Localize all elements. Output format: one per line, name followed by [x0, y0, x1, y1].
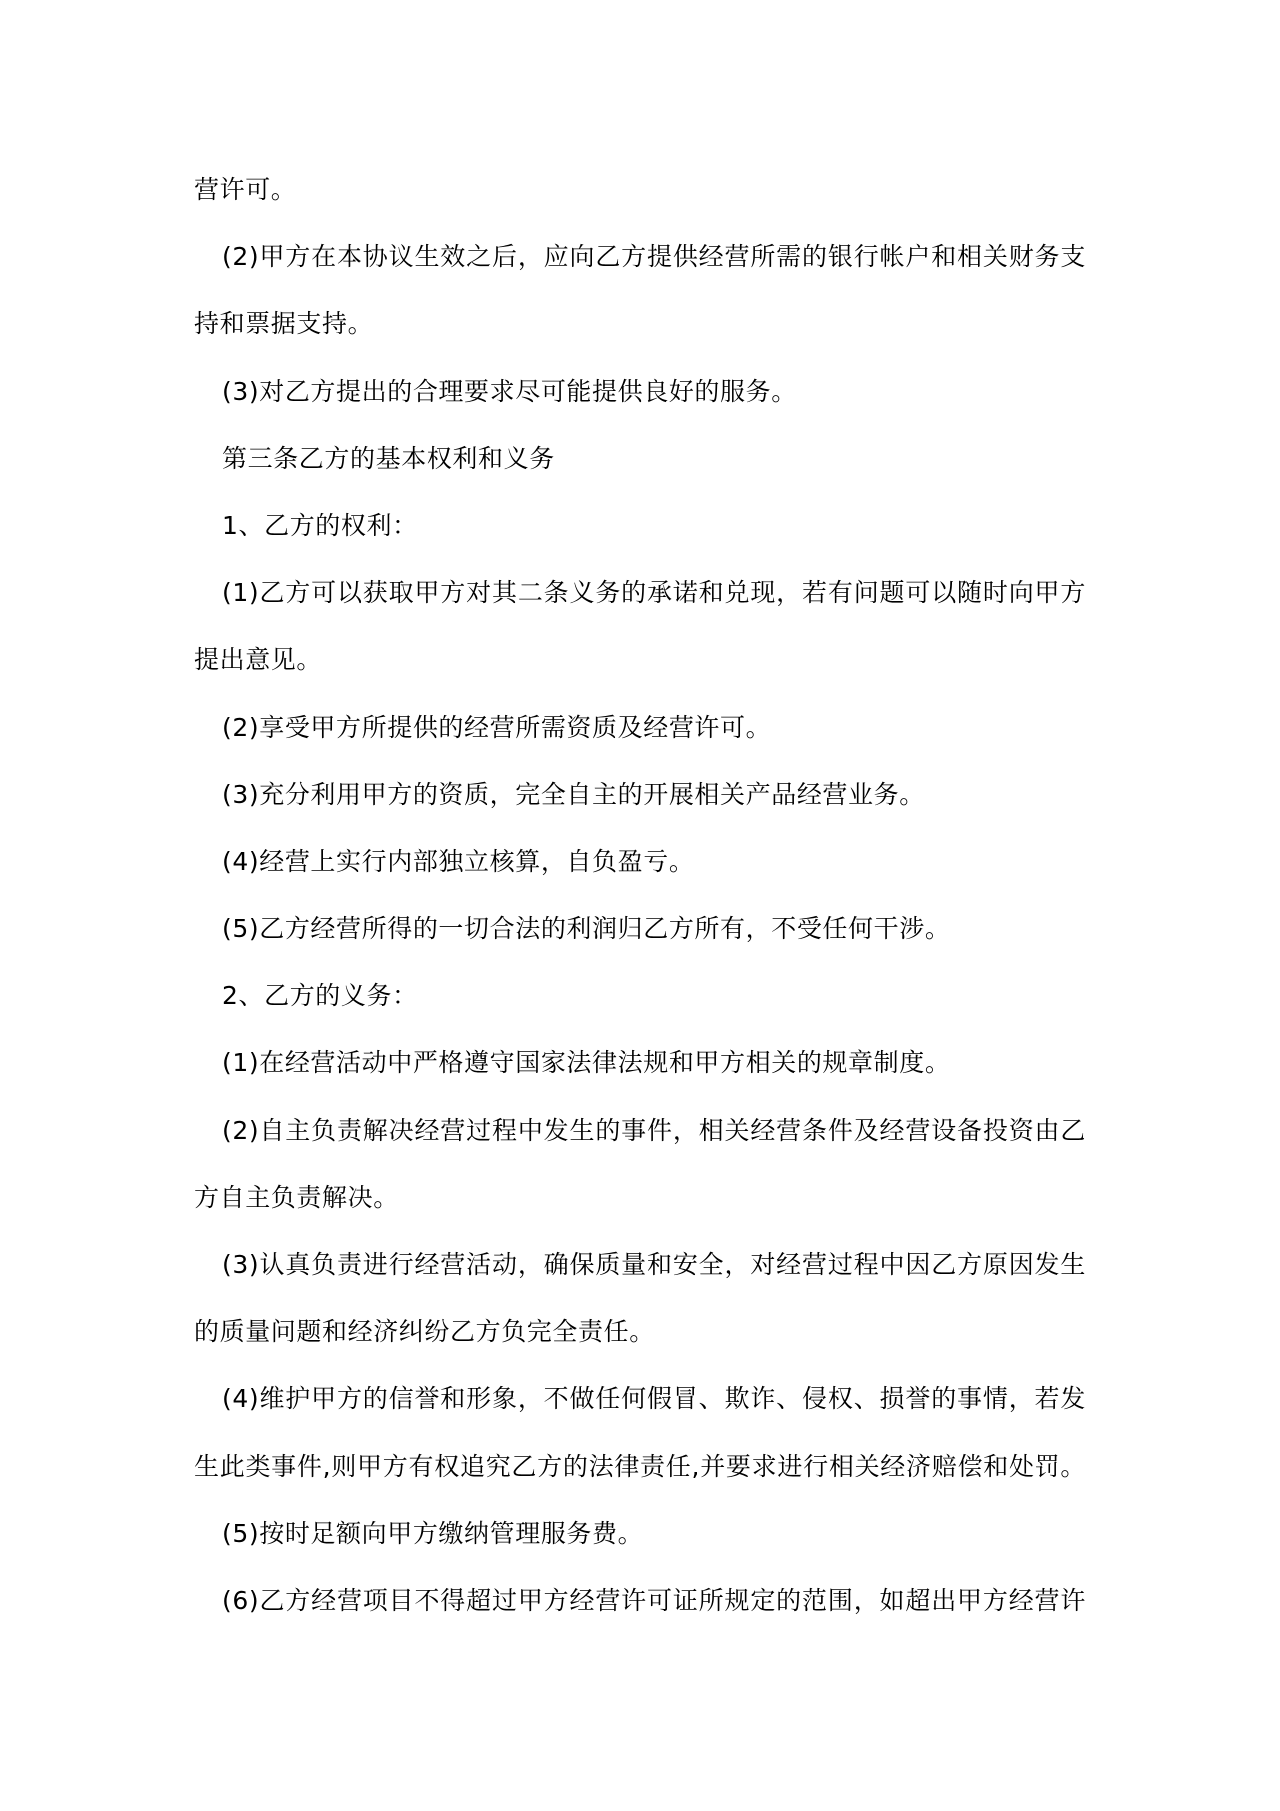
text-line-continuation: 提出意见。 [194, 626, 1086, 693]
text-line-right-2: (2)享受甲方所提供的经营所需资质及经营许可。 [194, 694, 1086, 761]
text-line-continuation: 的质量问题和经济纠纷乙方负完全责任。 [194, 1298, 1086, 1365]
text-line-obligation-6: (6)乙方经营项目不得超过甲方经营许可证所规定的范围，如超出甲方经营许 [194, 1567, 1086, 1634]
text-line-obligation-5: (5)按时足额向甲方缴纳管理服务费。 [194, 1500, 1086, 1567]
text-line-right-1: (1)乙方可以获取甲方对其二条义务的承诺和兑现，若有问题可以随时向甲方 [194, 559, 1086, 626]
text-line-right-4: (4)经营上实行内部独立核算，自负盈亏。 [194, 828, 1086, 895]
subheading-party-b-obligations: 2、乙方的义务： [194, 962, 1086, 1029]
text-line-obligation-1: (1)在经营活动中严格遵守国家法律法规和甲方相关的规章制度。 [194, 1029, 1086, 1096]
document-page: 营许可。 (2)甲方在本协议生效之后，应向乙方提供经营所需的银行帐户和相关财务支… [0, 0, 1280, 1811]
text-line-continuation: 方自主负责解决。 [194, 1164, 1086, 1231]
text-line-continuation: 营许可。 [194, 156, 1086, 223]
text-line-continuation: 生此类事件,则甲方有权追究乙方的法律责任,并要求进行相关经济赔偿和处罚。 [194, 1433, 1086, 1500]
text-line-obligation-3: (3)认真负责进行经营活动，确保质量和安全，对经营过程中因乙方原因发生 [194, 1231, 1086, 1298]
text-line-continuation: 持和票据支持。 [194, 290, 1086, 357]
text-line-right-3: (3)充分利用甲方的资质，完全自主的开展相关产品经营业务。 [194, 761, 1086, 828]
section-heading-article-3: 第三条乙方的基本权利和义务 [194, 425, 1086, 492]
text-line-party-a-obligation-3: (3)对乙方提出的合理要求尽可能提供良好的服务。 [194, 358, 1086, 425]
subheading-party-b-rights: 1、乙方的权利： [194, 492, 1086, 559]
text-line-party-a-obligation-2: (2)甲方在本协议生效之后，应向乙方提供经营所需的银行帐户和相关财务支 [194, 223, 1086, 290]
text-line-obligation-2: (2)自主负责解决经营过程中发生的事件，相关经营条件及经营设备投资由乙 [194, 1097, 1086, 1164]
text-line-obligation-4: (4)维护甲方的信誉和形象，不做任何假冒、欺诈、侵权、损誉的事情，若发 [194, 1365, 1086, 1432]
text-line-right-5: (5)乙方经营所得的一切合法的利润归乙方所有，不受任何干涉。 [194, 895, 1086, 962]
document-body: 营许可。 (2)甲方在本协议生效之后，应向乙方提供经营所需的银行帐户和相关财务支… [194, 156, 1086, 1634]
